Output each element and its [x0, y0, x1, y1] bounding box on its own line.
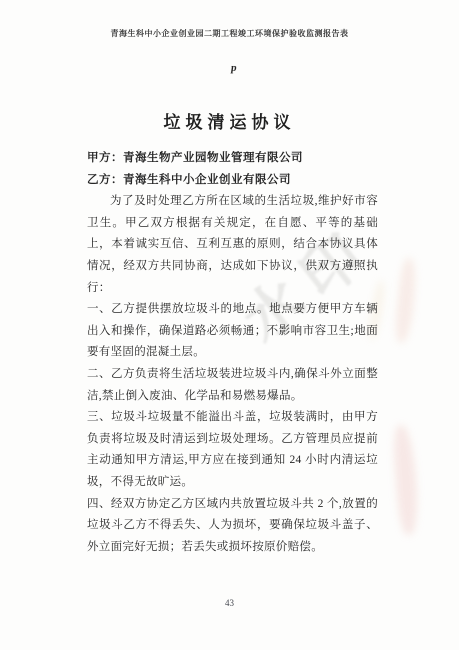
clause-4-paragraph: 四、经双方协定乙方区域内共放置垃圾斗共 2 个,放置的垃圾斗乙方不得丢失、人为损… [87, 494, 378, 559]
party-b-line: 乙方：青海生科中小企业创业有限公司 [87, 170, 378, 192]
party-a-line: 甲方：青海生物产业园物业管理有限公司 [87, 148, 378, 170]
document-body: 甲方：青海生物产业园物业管理有限公司 乙方：青海生科中小企业创业有限公司 为了及… [87, 148, 378, 558]
red-scan-smudge-lower [392, 424, 420, 535]
ink-artifact-mark: p [230, 63, 237, 74]
document-title: 垃圾清运协议 [0, 108, 459, 133]
red-scan-smudge-upper [394, 257, 419, 343]
report-header-title: 青海生科中小企业创业园二期工程竣工环境保护验收监测报告表 [0, 28, 459, 39]
preamble-paragraph: 为了及时处理乙方所在区域的生活垃圾,维护好市容卫生。甲乙双方根据有关规定，在自愿… [87, 191, 378, 299]
page-number: 43 [0, 598, 459, 608]
scanned-document-page: 青海生科中小企业创业园二期工程竣工环境保护验收监测报告表 p 水印 垃圾清运协议… [0, 0, 459, 650]
clause-2-paragraph: 二、乙方负责将生活垃圾装进垃圾斗内,确保斗外立面整洁,禁止倒入废油、化学品和易燃… [87, 364, 378, 407]
clause-3-paragraph: 三、垃圾斗垃圾量不能溢出斗盖，垃圾装满时，由甲方负责将垃圾及时清运到垃圾处理场。… [87, 407, 378, 493]
clause-1-paragraph: 一、乙方提供摆放垃圾斗的地点。地点要方便甲方车辆出入和操作，确保道路必须畅通；不… [87, 299, 378, 364]
